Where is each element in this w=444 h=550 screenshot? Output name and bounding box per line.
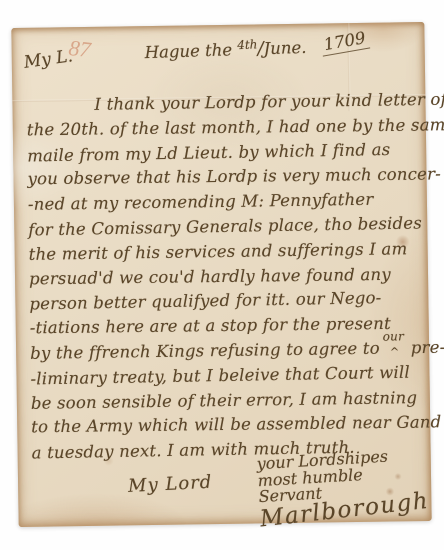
dateline: Hague the 4th/June. 1709 <box>144 34 370 64</box>
dateline-place: Hague the <box>144 40 232 62</box>
letter-body: I thank your Lordp for your kind letter … <box>26 88 431 466</box>
closing-salutation: My Lord <box>128 472 213 497</box>
docket-abbreviation: My L. <box>23 46 74 73</box>
letter-line: -tiations here are at a stop for the pre… <box>30 312 430 342</box>
catalog-number: 87 <box>67 35 92 63</box>
letter-sheet: My L. 87 Hague the 4th/June. 1709 I than… <box>11 22 431 527</box>
interlinear-insertion: our^ <box>383 337 407 353</box>
dateline-year: 1709 <box>319 28 370 57</box>
dateline-day: 4th <box>237 37 258 52</box>
line-text-before: by the ffrench Kings refusing to agree t… <box>30 339 380 363</box>
closing-valediction: your Lordshipes most humble Servant Marl… <box>256 446 430 525</box>
letter-photograph: My L. 87 Hague the 4th/June. 1709 I than… <box>0 0 444 550</box>
line-text-after: pre- <box>411 338 444 358</box>
dateline-month: June. <box>263 38 306 58</box>
